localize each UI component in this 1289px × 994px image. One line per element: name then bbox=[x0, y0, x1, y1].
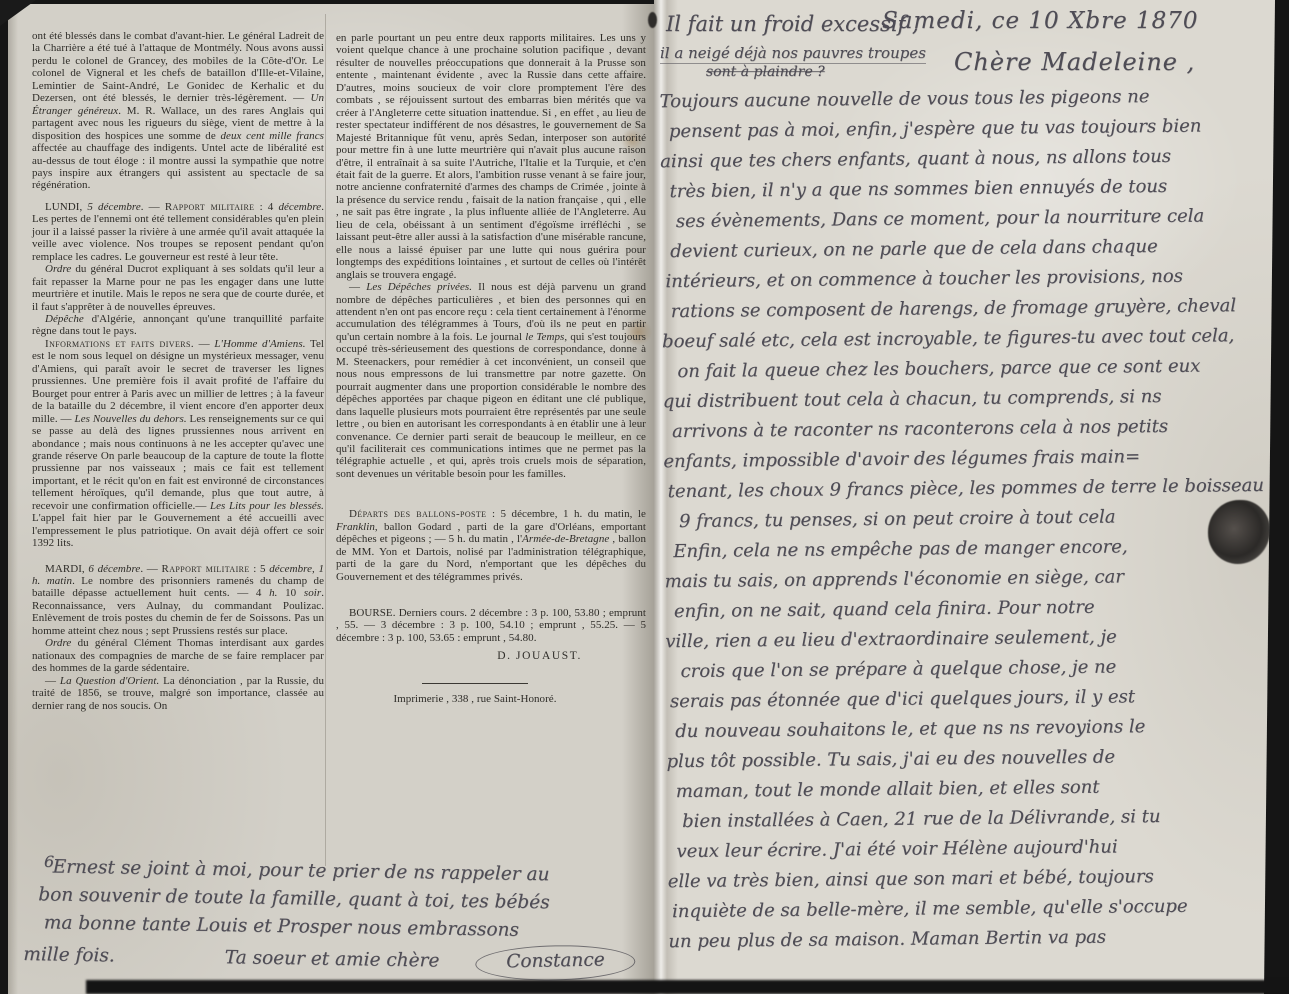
newspaper-paragraph: — La Question d'Orient. La dénonciation … bbox=[32, 675, 324, 712]
paragraph-segment: le Temps bbox=[525, 331, 564, 343]
newspaper-paragraph: en parle pourtant un peu entre deux rapp… bbox=[336, 32, 646, 281]
letter-salutation: Chère Madeleine , bbox=[954, 48, 1195, 76]
imprint-divider-rule bbox=[422, 683, 528, 684]
paragraph-segment: Les Lits pour les blessés. bbox=[210, 500, 324, 512]
paragraph-segment: — bbox=[349, 281, 366, 293]
paragraph-segment: Les Dépêches privées. bbox=[366, 281, 472, 293]
margin-note-line-1: Il fait un froid excessif , bbox=[666, 12, 919, 36]
newspaper-paragraph: BOURSE. Derniers cours. 2 décembre : 3 p… bbox=[336, 607, 646, 644]
newspaper-paragraph: Dépêche d'Algérie, annonçant qu'une tran… bbox=[32, 313, 324, 338]
paragraph-segment: affectée au chauffage des indigents. Unt… bbox=[32, 142, 324, 191]
paragraph-segment: Franklin bbox=[336, 521, 375, 533]
paragraph-segment: L'appel fait hier par le Gouvernement a … bbox=[32, 512, 324, 549]
paragraph-segment: — bbox=[194, 338, 214, 350]
paragraph-segment: Les Nouvelles du dehors. bbox=[75, 413, 187, 425]
paragraph-segment: Ordre bbox=[45, 637, 71, 649]
newspaper-paragraph: ont été blessés dans le combat d'avant-h… bbox=[32, 30, 324, 192]
letter-body: Toujours aucune nouvelle de vous tous le… bbox=[659, 81, 1282, 957]
paragraph-segment: 5 décembre bbox=[87, 201, 140, 213]
newspaper-paragraph: Informations et faits divers. — L'Homme … bbox=[32, 338, 324, 550]
paragraph-segment: Dépêche bbox=[45, 313, 84, 325]
handwritten-letter-page: Il fait un froid excessif , Samedi, ce 1… bbox=[654, 0, 1289, 994]
paragraph-segment: Départs des ballons-poste bbox=[349, 508, 486, 520]
paragraph-segment: L'Homme d'Amiens. bbox=[214, 338, 305, 350]
column-2-paragraphs: en parle pourtant un peu entre deux rapp… bbox=[336, 32, 646, 644]
paragraph-segment: soir bbox=[304, 587, 321, 599]
handwritten-line: ses évènements, Dans ce moment, pour la … bbox=[676, 201, 1275, 237]
signature-constance: Constance bbox=[475, 944, 636, 982]
handwritten-line: un peu plus de sa maison. Maman Bertin v… bbox=[668, 921, 1282, 957]
paragraph-segment: , qui s'est toujours occupé très-sérieus… bbox=[336, 331, 646, 480]
paragraph-segment: du général Ducrot expliquant à ses solda… bbox=[32, 263, 324, 312]
newspaper-column-1: ont été blessés dans le combat d'avant-h… bbox=[32, 30, 324, 712]
paragraph-segment: MARDI, bbox=[45, 563, 88, 575]
letter-date: Samedi, ce 10 Xbre 1870 bbox=[882, 8, 1199, 34]
paragraph-segment: deux cent mille francs bbox=[220, 130, 324, 142]
paragraph-segment: La Question d'Orient. bbox=[60, 675, 159, 687]
handwritten-line: on fait la queue chez les bouchers, parc… bbox=[677, 351, 1276, 387]
newspaper-paragraph: MARDI, 6 décembre. — Rapport militaire :… bbox=[32, 563, 324, 638]
imprint-line: Imprimerie , 338 , rue Saint-Honoré. bbox=[320, 693, 630, 705]
newspaper-paragraph: Ordre du général Ducrot expliquant à ses… bbox=[32, 263, 324, 313]
paragraph-segment: Ordre bbox=[45, 263, 71, 275]
paragraph-segment: LUNDI, bbox=[45, 201, 87, 213]
scan-bottom-shadow bbox=[86, 980, 1289, 994]
paragraph-segment: Informations et faits divers. bbox=[45, 338, 194, 350]
paragraph-segment: BOURSE. Derniers cours. 2 décembre : 3 p… bbox=[336, 607, 646, 644]
newspaper-paragraph: Départs des ballons-poste : 5 décembre, … bbox=[336, 508, 646, 583]
paragraph-segment: . — bbox=[141, 201, 165, 213]
paragraph-segment: 10 bbox=[277, 587, 303, 599]
paragraph-segment: . — bbox=[140, 563, 161, 575]
column-1-paragraphs: ont été blessés dans le combat d'avant-h… bbox=[32, 30, 324, 712]
column-divider-rule bbox=[325, 14, 326, 866]
paragraph-segment: Les renseignements sur ce qui se passe a… bbox=[32, 413, 324, 512]
paragraph-segment: 6 décembre bbox=[88, 563, 140, 575]
closing-mille-fois: mille fois. bbox=[23, 941, 115, 970]
paragraph-segment: Rapport militaire bbox=[165, 201, 255, 213]
paragraph-segment: du général Clément Thomas interdisant au… bbox=[32, 637, 324, 674]
letter-footer-lines: Ernest se joint à moi, pour te prier de … bbox=[38, 853, 657, 947]
margin-note-line-3: sont à plaindre ? bbox=[706, 64, 825, 80]
paragraph-segment: ont été blessés dans le combat d'avant-h… bbox=[32, 30, 324, 104]
scanned-document: ont été blessés dans le combat d'avant-h… bbox=[0, 0, 1289, 994]
paragraph-segment: : 4 bbox=[254, 201, 278, 213]
paragraph-segment: : 5 bbox=[250, 563, 270, 575]
paragraph-segment: Rapport militaire bbox=[161, 563, 249, 575]
paragraph-segment: Armée-de-Bretagne bbox=[522, 533, 609, 545]
fold-hole-mark bbox=[648, 12, 657, 28]
newspaper-paragraph: Ordre du général Clément Thomas interdis… bbox=[32, 637, 324, 674]
newspaper-paragraph: LUNDI, 5 décembre. — Rapport militaire :… bbox=[32, 201, 324, 263]
paragraph-segment: : 5 décembre, 1 h. du matin, le bbox=[486, 508, 646, 520]
editor-signature: D. JOUAUST. bbox=[336, 650, 646, 662]
letter-footer: Ernest se joint à moi, pour te prier de … bbox=[23, 853, 657, 982]
newspaper-column-2: en parle pourtant un peu entre deux rapp… bbox=[336, 32, 646, 705]
printed-newspaper-page: ont été blessés dans le combat d'avant-h… bbox=[8, 4, 654, 994]
margin-note-line-2: il a neigé déjà nos pauvres troupes bbox=[660, 44, 926, 64]
paragraph-segment: — bbox=[45, 675, 60, 687]
handwritten-line: tenant, les choux 9 francs pièce, les po… bbox=[668, 471, 1278, 507]
closing-phrase: Ta soeur et amie chère bbox=[225, 944, 440, 975]
paragraph-segment: Tel est le nom sous lequel on désigne un… bbox=[32, 338, 324, 425]
handwritten-line: pensent pas à moi, enfin, j'espère que t… bbox=[669, 111, 1274, 147]
paragraph-segment: en parle pourtant un peu entre deux rapp… bbox=[336, 32, 646, 281]
newspaper-paragraph: — Les Dépêches privées. Il nous est déjà… bbox=[336, 281, 646, 480]
paragraph-segment: décembre bbox=[278, 201, 321, 213]
